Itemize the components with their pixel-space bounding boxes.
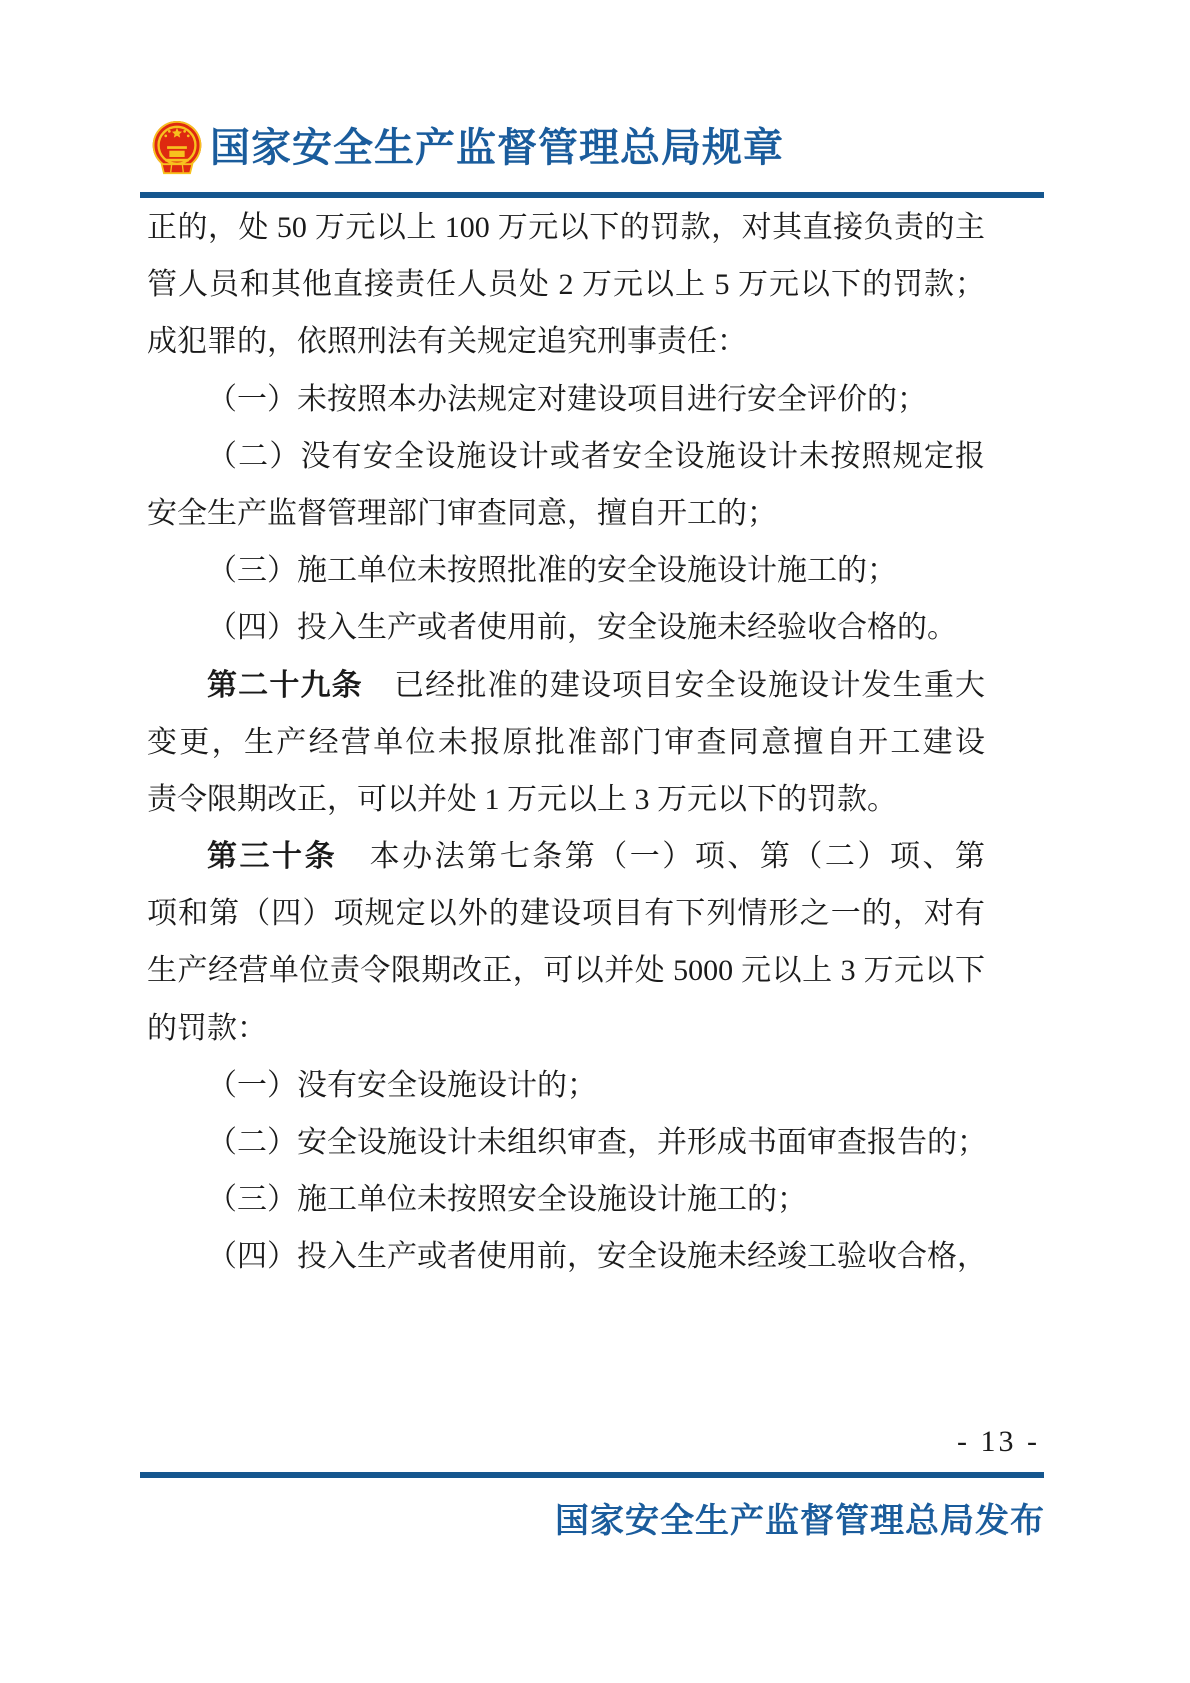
body-line: （二）没有安全设施设计或者安全设施设计未按照规定报经	[147, 428, 985, 485]
body-line: （一）没有安全设施设计的；	[147, 1057, 985, 1114]
body-text-segment: 责令限期改正，可以并处 1 万元以上 3 万元以下的罚款。	[147, 783, 897, 816]
body-text-segment: （四）投入生产或者使用前，安全设施未经竣工验收合格，	[207, 1240, 985, 1273]
body-line: 安全生产监督管理部门审查同意，擅自开工的；	[147, 485, 985, 542]
body-line: 责令限期改正，可以并处 1 万元以上 3 万元以下的罚款。	[147, 771, 985, 828]
footer-publisher: 国家安全生产监督管理总局发布	[555, 1499, 1045, 1545]
body-text-segment: 变更，生产经营单位未报原批准部门审查同意擅自开工建设的，	[147, 726, 985, 771]
body-line: 变更，生产经营单位未报原批准部门审查同意擅自开工建设的，	[147, 714, 985, 771]
body-text-segment: 安全生产监督管理部门审查同意，擅自开工的；	[147, 497, 777, 530]
header-divider-rule	[140, 192, 1044, 198]
body-line: （一）未按照本办法规定对建设项目进行安全评价的；	[147, 371, 985, 428]
national-emblem-icon	[150, 118, 204, 178]
body-line: 第二十九条 已经批准的建设项目安全设施设计发生重大	[147, 657, 985, 714]
document-page: 国家安全生产监督管理总局规章 正的，处 50 万元以上 100 万元以下的罚款，…	[0, 0, 1190, 1683]
body-line: 的罚款：	[147, 1000, 985, 1057]
body-line: 正的，处 50 万元以上 100 万元以下的罚款，对其直接负责的主	[147, 199, 985, 256]
body-text-segment: （二）安全设施设计未组织审查，并形成书面审查报告的；	[207, 1126, 985, 1159]
page-header-title: 国家安全生产监督管理总局规章	[210, 121, 784, 175]
body-text-segment: 生产经营单位责令限期改正，可以并处 5000 元以上 3 万元以下	[147, 954, 985, 987]
body-text-segment: 成犯罪的，依照刑法有关规定追究刑事责任：	[147, 325, 747, 358]
regulation-body-text: 正的，处 50 万元以上 100 万元以下的罚款，对其直接负责的主管人员和其他直…	[147, 199, 985, 1286]
body-line: 生产经营单位责令限期改正，可以并处 5000 元以上 3 万元以下	[147, 942, 985, 999]
body-text-segment: （一）没有安全设施设计的；	[207, 1069, 597, 1102]
body-text-segment: 的罚款：	[147, 1012, 267, 1045]
body-line: （三）施工单位未按照批准的安全设施设计施工的；	[147, 542, 985, 599]
body-line: （四）投入生产或者使用前，安全设施未经竣工验收合格，	[147, 1228, 985, 1285]
body-line: 管人员和其他直接责任人员处 2 万元以上 5 万元以下的罚款；构	[147, 256, 985, 313]
article-number-label: 第三十条	[207, 840, 337, 873]
body-text-segment: （一）未按照本办法规定对建设项目进行安全评价的；	[207, 383, 927, 416]
body-text-segment: （三）施工单位未按照安全设施设计施工的；	[207, 1183, 807, 1216]
body-line: 项和第（四）项规定以外的建设项目有下列情形之一的，对有关	[147, 885, 985, 942]
body-text-segment: （二）没有安全设施设计或者安全设施设计未按照规定报经	[147, 440, 985, 485]
body-text-segment: 已经批准的建设项目安全设施设计发生重大	[363, 669, 985, 702]
body-text-segment: 项和第（四）项规定以外的建设项目有下列情形之一的，对有关	[147, 897, 985, 942]
body-line: （四）投入生产或者使用前，安全设施未经验收合格的。	[147, 599, 985, 656]
page-number: - 13 -	[957, 1422, 1040, 1462]
body-line: （三）施工单位未按照安全设施设计施工的；	[147, 1171, 985, 1228]
footer-divider-rule	[140, 1472, 1044, 1478]
body-line: 成犯罪的，依照刑法有关规定追究刑事责任：	[147, 313, 985, 370]
body-text-segment: 管人员和其他直接责任人员处 2 万元以上 5 万元以下的罚款；构	[147, 268, 985, 313]
body-text-segment: 正的，处 50 万元以上 100 万元以下的罚款，对其直接负责的主	[147, 211, 985, 244]
body-line: 第三十条 本办法第七条第（一）项、第（二）项、第（三）	[147, 828, 985, 885]
article-number-label: 第二十九条	[207, 669, 363, 702]
body-line: （二）安全设施设计未组织审查，并形成书面审查报告的；	[147, 1114, 985, 1171]
body-text-segment: （四）投入生产或者使用前，安全设施未经验收合格的。	[207, 611, 957, 644]
body-text-segment: （三）施工单位未按照批准的安全设施设计施工的；	[207, 554, 897, 587]
